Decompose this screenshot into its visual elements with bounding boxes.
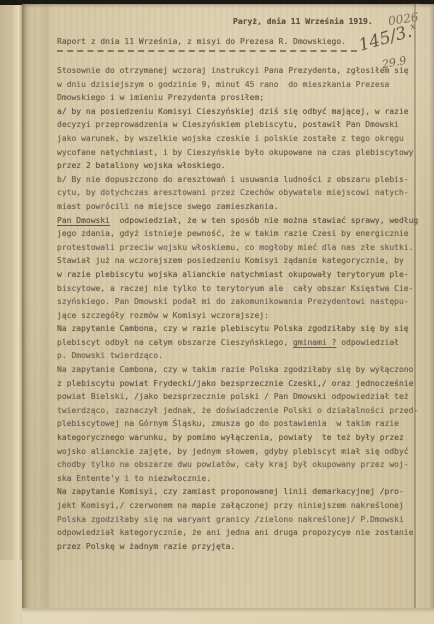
text-line: Na zapytanie Cambona, czy w razie plebis… xyxy=(57,324,419,338)
report-title: Raport z dnia 11 Września, z misyi do Pr… xyxy=(57,37,346,46)
text-line: w razie plebiscytu wojska alianckie naty… xyxy=(57,270,419,284)
text-line: plebiscyt odbył na całym obszarze Cieszy… xyxy=(57,338,419,352)
scanned-document: Paryż, dnia 11 Września 1919. 0026 145/3… xyxy=(0,0,434,624)
text-line: b/ By nie dopuszczono do aresztowań i us… xyxy=(57,175,419,189)
text-line: Pan Dmowski odpowiedział, że w ten sposó… xyxy=(57,216,419,230)
text-line: przez Polskę w żadnym razie przyjęta. xyxy=(57,542,419,556)
text-line: w dniu dzisiejszym o godzinie 9, minut 4… xyxy=(57,80,419,94)
text-line: decyzyi przeprowadzenia w Cieszyńskiem p… xyxy=(57,120,419,134)
report-body: Stosownie do otrzymanej wczoraj instrukc… xyxy=(57,66,419,555)
text-line: twierdząco, zaznaczył jednak, że doświad… xyxy=(57,406,419,420)
text-line: cytu, by dotychczas aresztowani przez Cz… xyxy=(57,188,419,202)
text-line: biscytowe, a raczej nie tylko to terytor… xyxy=(57,284,419,298)
text-line: wojsko alianckie zajęte, by jednym słowe… xyxy=(57,447,419,461)
date-line: Paryż, dnia 11 Września 1919. xyxy=(233,17,373,26)
text-line: p. Dmowski twierdząco. xyxy=(57,351,419,365)
text-line: wycofane natychmiast, i by Cieszyńskie b… xyxy=(57,148,419,162)
text-line: jako warunek, by wszelkie wojska czeskie… xyxy=(57,134,419,148)
text-line: jego zdania, gdyż istnieje pewność, że w… xyxy=(57,229,419,243)
underlined-text: Pan Dmowski xyxy=(57,216,110,225)
text-line: przez 2 bataliony wojska włoskiego. xyxy=(57,161,419,175)
text-line: powiat Bielski, /jako bezsprzecznie pols… xyxy=(57,392,419,406)
text-line: Stawiał już na wczorajszem posiedzeniu K… xyxy=(57,256,419,270)
text-line: szyńskiego. Pan Dmowski podał mi do zako… xyxy=(57,297,419,311)
text-line: chodby tylko na obszarze dwu powiatów, c… xyxy=(57,460,419,474)
underlying-page-edge xyxy=(0,5,22,624)
text-line: miast powrócili na miejsce swego zamiesz… xyxy=(57,202,419,216)
text-line: Stosownie do otrzymanej wczoraj instrukc… xyxy=(57,66,419,80)
text-line: Dmowskiego i w imieniu Prezydenta prosił… xyxy=(57,93,419,107)
text-line: jekt Komisyi,/ czerwonem na mapie załącz… xyxy=(57,501,419,515)
text-line: jące szczegóły rozmów w Komisyi wczorajs… xyxy=(57,311,419,325)
text-line: Na zapytanie Komisyi, czy zamiast propon… xyxy=(57,487,419,501)
text-line: ska Entente'y i to niezwłocznie. xyxy=(57,474,419,488)
text-line: odpowiedział kategorycznie, że ani jedna… xyxy=(57,528,419,542)
text-line: a/ by na posiedzeniu Komisyi Cieszyńskie… xyxy=(57,107,419,121)
text-line: Na zapytanie Cambona, czy w takim razie … xyxy=(57,365,419,379)
text-line: protestowali przeciw wojsku włoskiemu, c… xyxy=(57,243,419,257)
underlined-text: gminami ? xyxy=(293,338,336,347)
dashed-rule xyxy=(57,50,357,52)
next-page-edge xyxy=(22,608,434,624)
text-line: kategorycznego warunku, by pomimo wyłącz… xyxy=(57,433,419,447)
text-line: z plebiscytu powiat Frydecki/jako bezspr… xyxy=(57,379,419,393)
text-line: Polska zgodziłaby się na waryant granicy… xyxy=(57,515,419,529)
text-line: plebiscytowej na Górnym Śląsku, zmusza g… xyxy=(57,419,419,433)
paper-shadow-streak xyxy=(42,4,50,624)
